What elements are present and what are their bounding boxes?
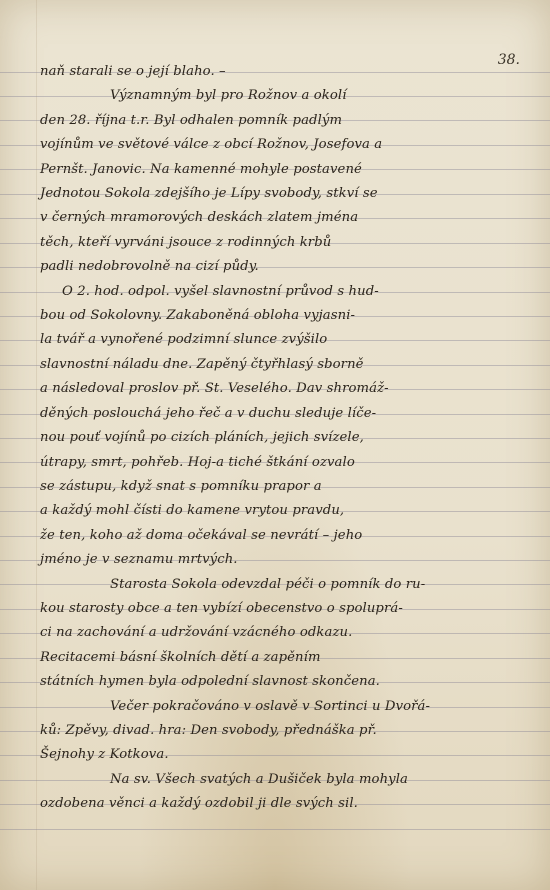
text-line: a následoval proslov př. St. Veselého. D… xyxy=(40,377,480,401)
text-line: Pernšt. Janovic. Na kamenné mohyle posta… xyxy=(40,158,480,182)
text-line: Významným byl pro Rožnov a okolí xyxy=(40,84,480,108)
text-line: kou starosty obce a ten vybízí obecenstv… xyxy=(40,597,480,621)
margin-line xyxy=(36,0,37,890)
text-line: ozdobena věnci a každý ozdobil ji dle sv… xyxy=(40,792,480,816)
text-line: ci na zachování a udržování vzácného odk… xyxy=(40,621,480,645)
text-line: Na sv. Všech svatých a Dušiček byla mohy… xyxy=(40,768,480,792)
text-line: že ten, koho až doma očekával se nevrátí… xyxy=(40,524,480,548)
ruled-line xyxy=(0,829,550,830)
text-line: v černých mramorových deskách zlatem jmé… xyxy=(40,206,480,230)
text-line: Recitacemi básní školních dětí a zapěním xyxy=(40,646,480,670)
text-line: O 2. hod. odpol. vyšel slavnostní průvod… xyxy=(40,280,480,304)
text-line: ků: Zpěvy, divad. hra: Den svobody, před… xyxy=(40,719,480,743)
text-line: den 28. října t.r. Byl odhalen pomník pa… xyxy=(40,109,480,133)
text-line: Večer pokračováno v oslavě v Sortinci u … xyxy=(40,695,480,719)
text-line: naň starali se o její blaho. – xyxy=(40,60,480,84)
text-line: útrapy, smrt, pohřeb. Hoj-a tiché štkání… xyxy=(40,451,480,475)
text-line: Jednotou Sokola zdejšího je Lípy svobody… xyxy=(40,182,480,206)
text-line: vojínům ve světové válce z obcí Rožnov, … xyxy=(40,133,480,157)
text-line: jméno je v seznamu mrtvých. xyxy=(40,548,480,572)
text-line: slavnostní náladu dne. Zapěný čtyřhlasý … xyxy=(40,353,480,377)
text-line: Starosta Sokola odevzdal péči o pomník d… xyxy=(40,573,480,597)
page-number: 38. xyxy=(498,52,520,68)
text-line: padli nedobrovolně na cizí půdy. xyxy=(40,255,480,279)
text-line: la tvář a vynořené podzimní slunce zvýši… xyxy=(40,328,480,352)
text-line: státních hymen byla odpolední slavnost s… xyxy=(40,670,480,694)
text-line: bou od Sokolovny. Zakaboněná obloha vyja… xyxy=(40,304,480,328)
text-line: a každý mohl čísti do kamene vrytou prav… xyxy=(40,499,480,523)
text-line: nou pouť vojínů po cizích pláních, jejic… xyxy=(40,426,480,450)
text-line: těch, kteří vyrváni jsouce z rodinných k… xyxy=(40,231,480,255)
handwritten-text: naň starali se o její blaho. – Významným… xyxy=(40,60,480,817)
text-line: se zástupu, když snat s pomníku prapor a xyxy=(40,475,480,499)
chronicle-page: 38. naň starali se o její blaho. – Význa… xyxy=(0,0,550,890)
text-line: děných poslouchá jeho řeč a v duchu sled… xyxy=(40,402,480,426)
text-line: Šejnohy z Kotkova. xyxy=(40,743,480,767)
